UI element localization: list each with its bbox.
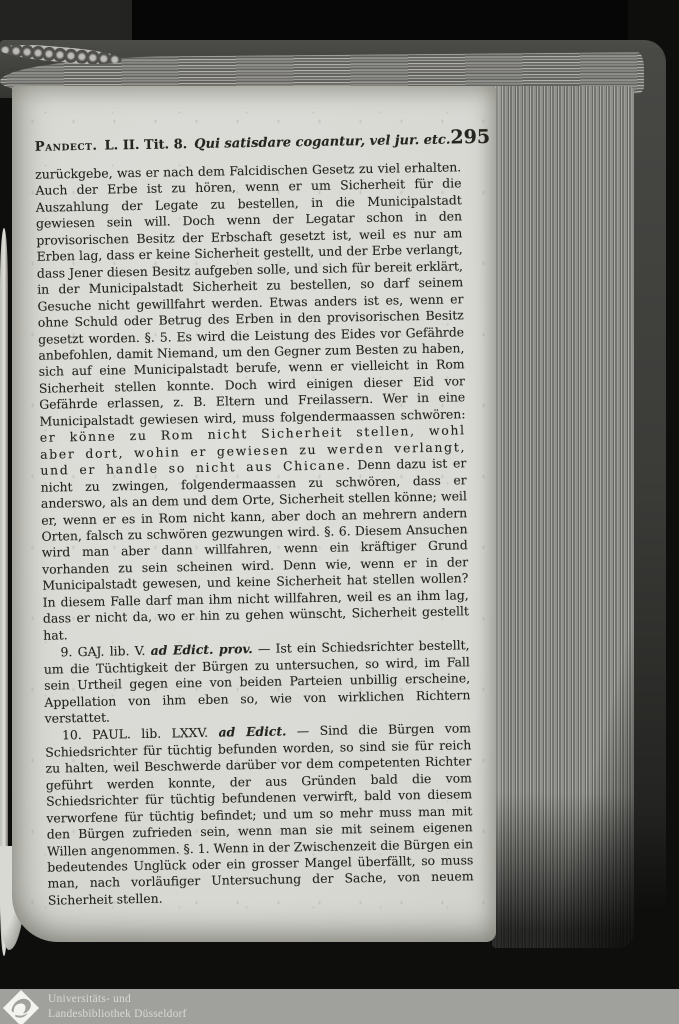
book-scan-photo: Pandect. L. II. Tit. 8. Qui satisdare co… — [0, 0, 679, 1024]
book-cover-right-edge — [629, 48, 666, 910]
source-citation-italic: ad Edict. prov. — [151, 641, 253, 658]
library-watermark-bar: Universitäts- und Landesbibliothek Düsse… — [0, 989, 679, 1024]
paragraph-text: Denn dazu ist er nicht zu zwingen, folge… — [41, 455, 469, 642]
running-header: Pandect. L. II. Tit. 8. Qui satisdare co… — [35, 126, 461, 155]
header-citation: L. II. Tit. 8. — [104, 137, 187, 153]
paragraph-continuation: zurückgebe, was er nach dem Falcidischen… — [35, 159, 469, 644]
watermark-line2: Landesbibliothek Düsseldorf — [48, 1007, 187, 1022]
paragraph-text: — Sind die Bürgen vom Schiedsrichter für… — [45, 721, 473, 908]
page-number: 295 — [450, 126, 490, 149]
library-logo-icon — [2, 989, 40, 1024]
paragraph-text: zurückgebe, was er nach dem Falcidischen… — [35, 159, 466, 428]
watermark-line1: Universitäts- und — [48, 992, 187, 1007]
source-citation-italic: ad Edict. — [218, 724, 286, 740]
watermark-text: Universitäts- und Landesbibliothek Düsse… — [48, 992, 187, 1021]
header-chapter-title: Qui satisdare cogantur, vel jur. etc. — [194, 133, 450, 152]
header-work-title: Pandect. — [35, 139, 98, 155]
page-text-block: Pandect. L. II. Tit. 8. Qui satisdare co… — [6, 82, 505, 946]
fragment-reference: 10. PAUL. lib. LXXV. — [62, 725, 219, 743]
paragraph-9-gajus: 9. GAJ. lib. V. ad Edict. prov. — Ist ei… — [43, 637, 470, 727]
page-stack-fore-edge — [492, 86, 634, 948]
paragraph-10-paulus: 10. PAUL. lib. LXXV. ad Edict. — Sind di… — [45, 721, 474, 909]
book-page: Pandect. L. II. Tit. 8. Qui satisdare co… — [12, 86, 496, 942]
fragment-reference: 9. GAJ. lib. V. — [60, 643, 150, 660]
